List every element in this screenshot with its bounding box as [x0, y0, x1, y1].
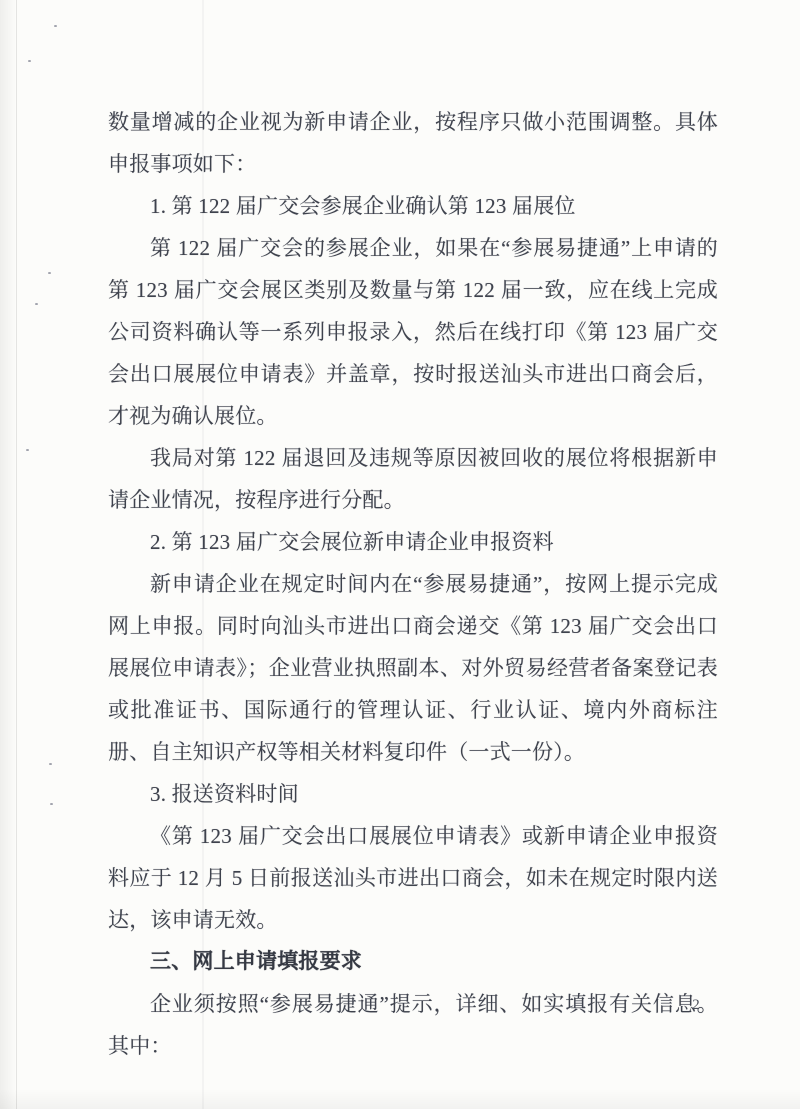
item-3-title: 3. 报送资料时间	[108, 773, 718, 815]
item-2-title: 2. 第 123 届广交会展位新申请企业申报资料	[108, 521, 718, 563]
para-submission-deadline: 《第 123 届广交会出口展展位申请表》或新申请企业申报资料应于 12 月 5 …	[108, 815, 718, 941]
page-bottom-shadow	[0, 1089, 800, 1109]
page-edge-shadow	[0, 0, 17, 1109]
scan-speck	[26, 449, 29, 451]
document-body: 数量增减的企业视为新申请企业，按程序只做小范围调整。具体申报事项如下： 1. 第…	[108, 101, 718, 1067]
scan-speck	[49, 763, 52, 765]
para-online-filling: 企业须按照“参展易捷通”提示，详细、如实填报有关信息。其中：	[108, 983, 718, 1067]
para-reclaimed-booths: 我局对第 122 届退回及违规等原因被回收的展位将根据新申请企业情况，按程序进行…	[108, 437, 718, 521]
para-booth-confirmation: 第 122 届广交会的参展企业，如果在“参展易捷通”上申请的第 123 届广交会…	[108, 227, 718, 437]
scan-speck	[28, 60, 31, 62]
page-number: 2	[686, 995, 706, 1015]
para-new-applicant-materials: 新申请企业在规定时间内在“参展易捷通”，按网上提示完成网上申报。同时向汕头市进出…	[108, 563, 718, 773]
scan-speck	[54, 25, 57, 27]
scan-speck	[48, 272, 51, 274]
para-continuation: 数量增减的企业视为新申请企业，按程序只做小范围调整。具体申报事项如下：	[108, 101, 718, 185]
scan-speck	[35, 303, 38, 305]
scan-speck	[50, 803, 53, 805]
scanned-document-page: 数量增减的企业视为新申请企业，按程序只做小范围调整。具体申报事项如下： 1. 第…	[0, 0, 800, 1109]
section-3-heading: 三、网上申请填报要求	[108, 941, 718, 983]
item-1-title: 1. 第 122 届广交会参展企业确认第 123 届展位	[108, 185, 718, 227]
